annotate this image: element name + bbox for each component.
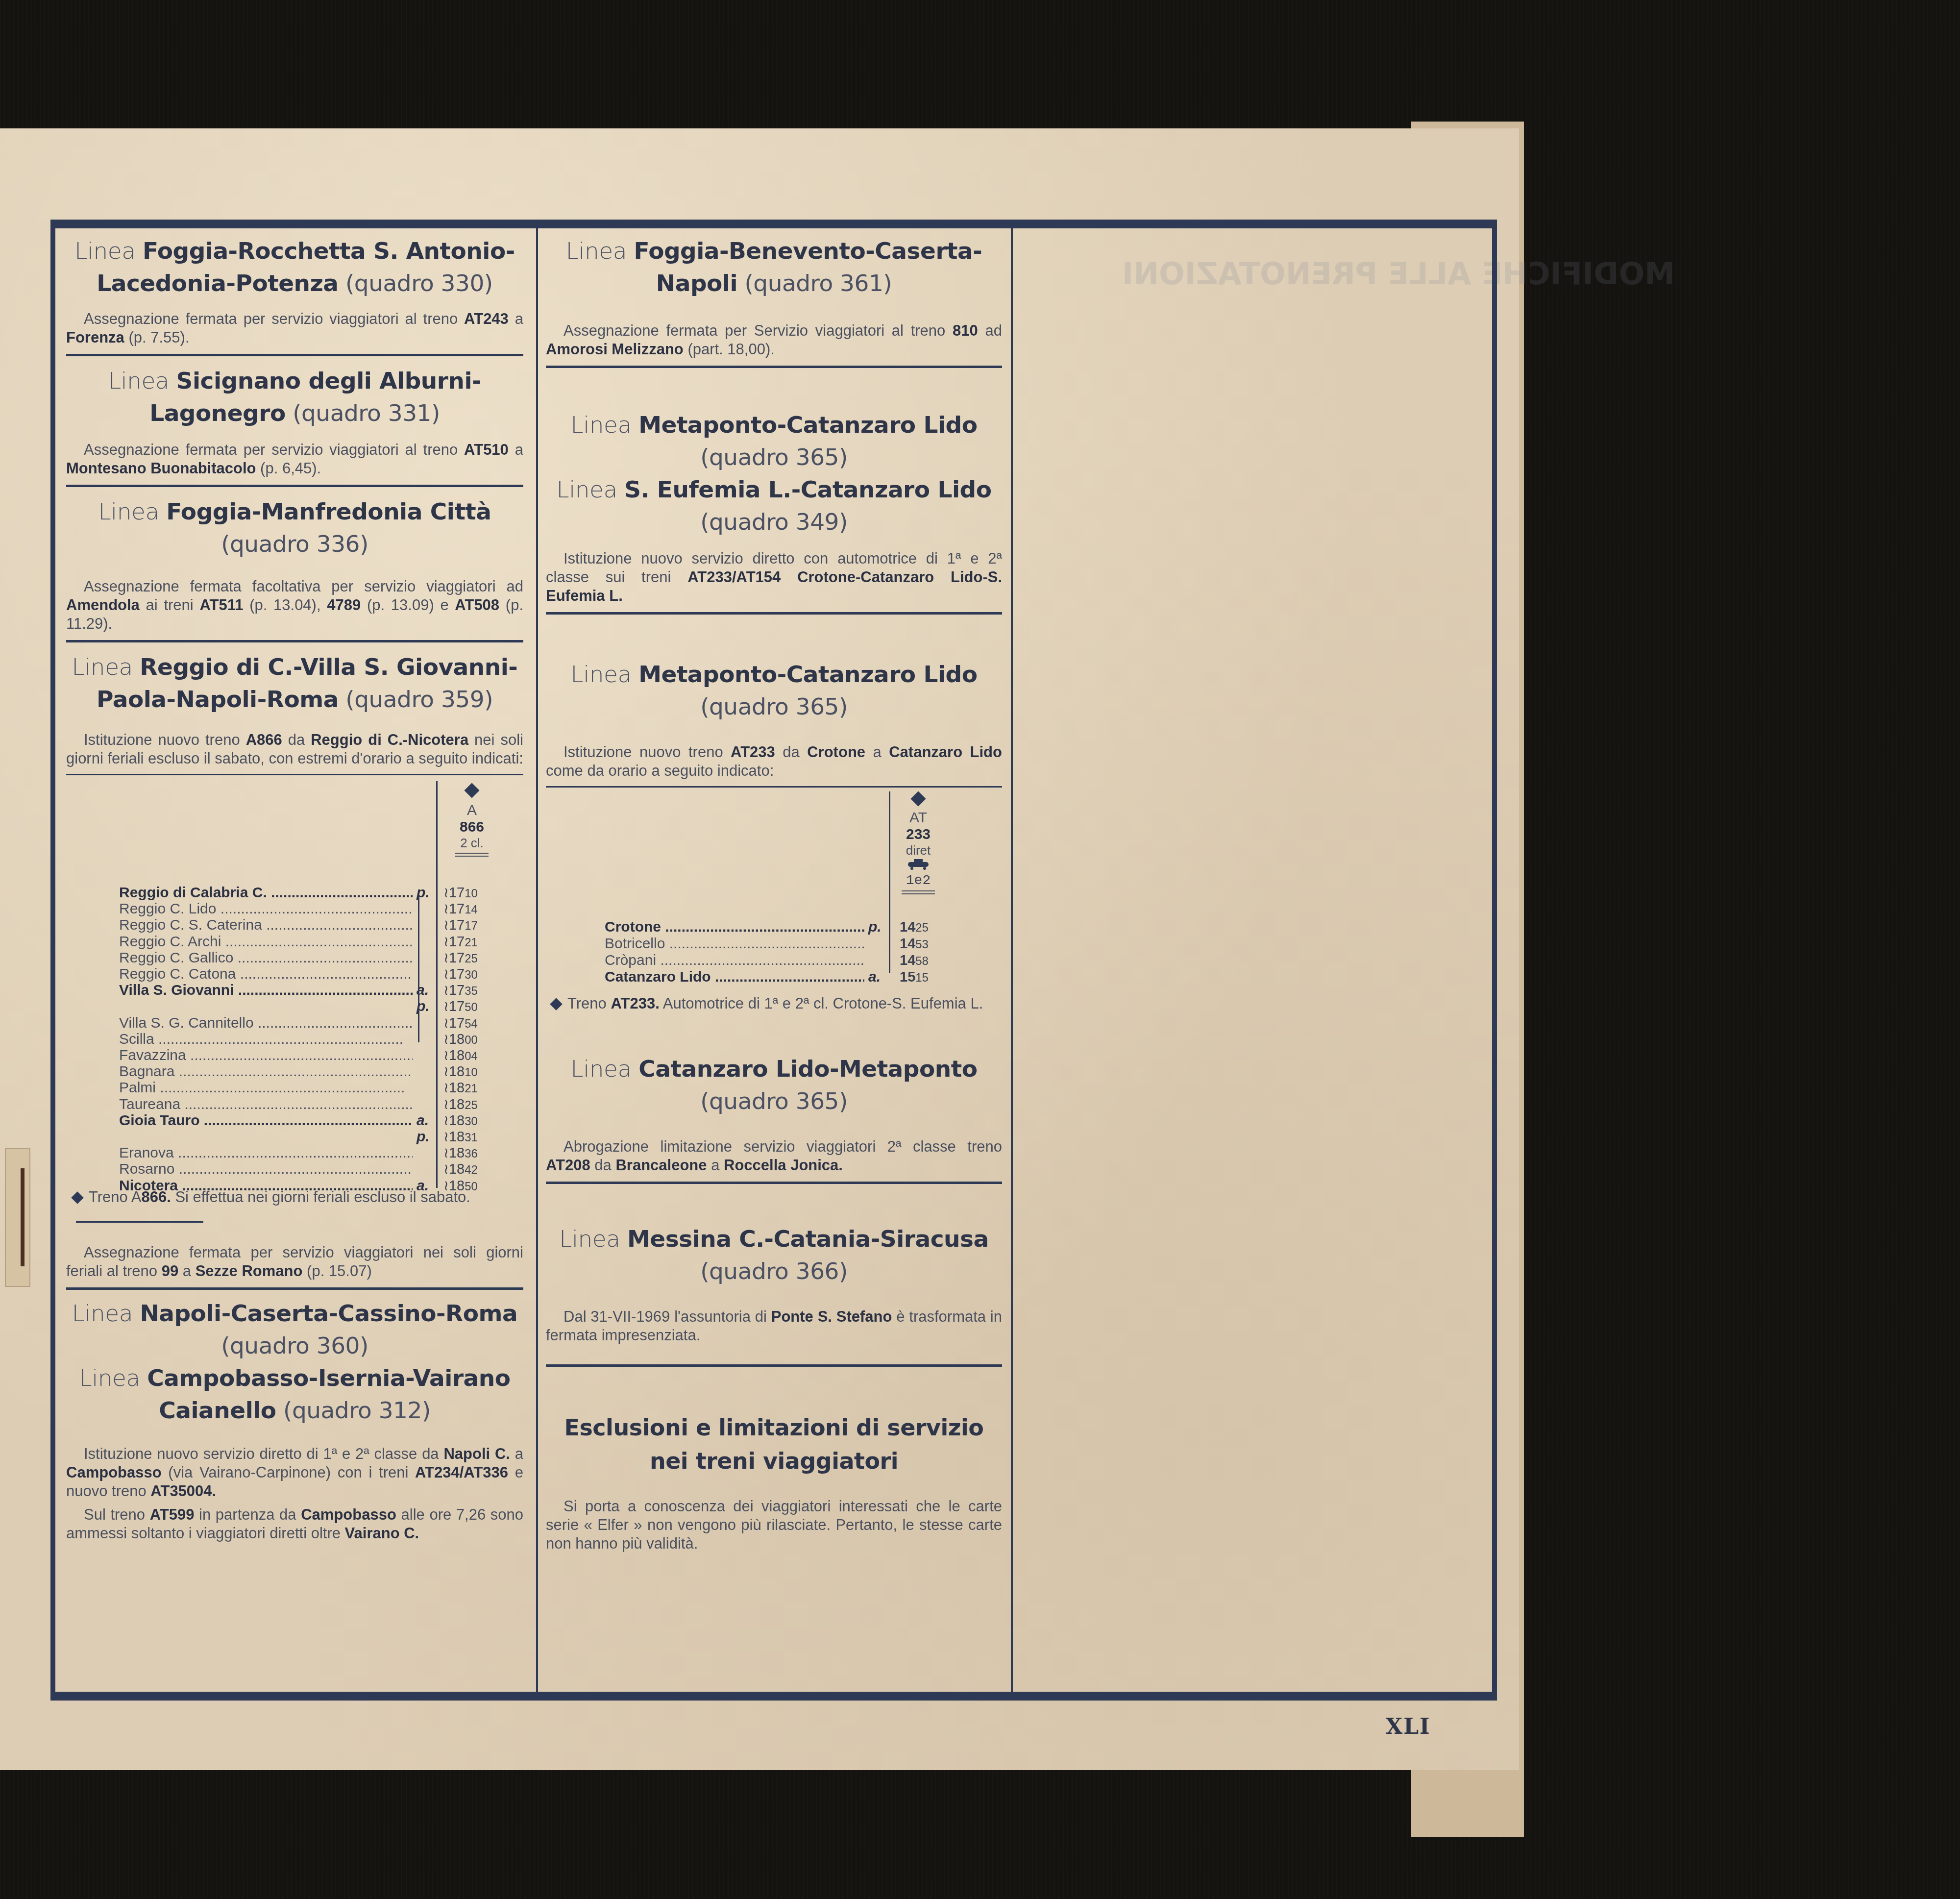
timetable-time: ≀1810: [443, 1064, 478, 1080]
section-napoli-roma-campobasso: Linea Napoli-Caserta-Cassino-Roma (quadr…: [66, 1290, 523, 1543]
section-catanzaro-metaponto: Linea Catanzaro Lido-Metaponto (quadro 3…: [546, 1047, 1002, 1184]
timetable-time: ≀1836: [443, 1146, 478, 1161]
timetable-time: ≀1714: [443, 902, 478, 917]
timetable-station: Eranova ................................…: [119, 1146, 413, 1160]
timetable-time: ≀1750: [443, 999, 478, 1015]
page-number: XLI: [1386, 1714, 1431, 1739]
section-body: Istituzione nuovo treno AT233 da Crotone…: [546, 743, 1002, 780]
section-body: Istituzione nuovo treno A866 da Reggio d…: [66, 731, 523, 768]
section-title: Linea Foggia-Manfredonia Città (quadro 3…: [66, 496, 523, 561]
timetable-time: 1458: [900, 953, 929, 969]
section-body: Assegnazione fermata facoltativa per ser…: [66, 577, 523, 633]
train-class: 1e2: [899, 873, 938, 888]
train-number: 866: [452, 819, 491, 836]
line-name: Foggia-Rocchetta S. Antonio-: [143, 238, 515, 265]
train-class: 2 cl.: [452, 836, 491, 851]
short-divider: [76, 1221, 203, 1223]
timetable-station: Reggio di Calabria C. ..................…: [119, 886, 413, 900]
arrival-departure-flag: a.: [416, 1113, 429, 1128]
section-title: Linea Metaponto-Catanzaro Lido (quadro 3…: [546, 409, 1002, 539]
timetable-time: ≀1804: [443, 1048, 478, 1064]
timetable-time: ≀1735: [443, 983, 478, 999]
train-category: AT: [899, 810, 938, 826]
timetable-column-divider: [436, 781, 438, 1188]
section-body: Si porta a conoscenza dei viaggiatori in…: [546, 1497, 1002, 1553]
section-title: Linea Catanzaro Lido-Metaponto (quadro 3…: [546, 1053, 1002, 1118]
timetable-time: ≀1710: [443, 886, 478, 901]
section-title: Linea Sicignano degli Alburni- Lagonegro…: [66, 365, 523, 430]
timetable-station: Reggio C. Catona .......................…: [119, 967, 413, 982]
arrival-departure-flag: p.: [416, 1130, 430, 1144]
section-body: Istituzione nuovo servizio diretto di 1ª…: [66, 1445, 523, 1501]
section-metaponto-eufemia: Linea Metaponto-Catanzaro Lido (quadro 3…: [546, 368, 1002, 615]
section-body: Sul treno AT599 in partenza da Campobass…: [66, 1505, 523, 1543]
timetable-time: 1515: [900, 970, 929, 986]
section-body: Istituzione nuovo servizio diretto con a…: [546, 549, 1002, 605]
section-body: Abrogazione limitazione servizio viaggia…: [546, 1137, 1002, 1175]
timetable-time: ≀1830: [443, 1113, 478, 1129]
line-name: Lacedonia-Potenza: [97, 270, 338, 297]
section-title: Linea Reggio di C.-Villa S. Giovanni- Pa…: [66, 651, 523, 716]
railcar-icon: [907, 858, 930, 871]
timetable-time: 1425: [900, 920, 929, 936]
section-foggia-potenza: Linea Foggia-Rocchetta S. Antonio- Laced…: [66, 228, 523, 356]
timetable-station: Favazzina ..............................…: [119, 1048, 413, 1063]
timetable-station: Villa S. Giovanni ......................…: [119, 983, 413, 998]
timetable-station: Scilla .................................…: [119, 1032, 413, 1047]
timetable-time: ≀1725: [443, 951, 478, 966]
train-header: A 866 2 cl.: [452, 785, 491, 857]
timetable-station: Cròpani ................................…: [605, 953, 864, 968]
section-messina-siracusa: Linea Messina C.-Catania-Siracusa (quadr…: [546, 1184, 1002, 1367]
section-body: Assegnazione fermata per servizio viaggi…: [66, 441, 523, 478]
timetable-time: ≀1800: [443, 1032, 478, 1048]
timetable-station: Reggio C. Archi ........................…: [119, 935, 413, 949]
timetable-time: ≀1717: [443, 918, 478, 934]
section-body: Dal 31-VII-1969 l'assuntoria di Ponte S.…: [546, 1307, 1002, 1345]
section-metaponto-catanzaro: Linea Metaponto-Catanzaro Lido (quadro 3…: [546, 615, 1002, 788]
header-double-rule: [902, 890, 935, 894]
section-title: Linea Napoli-Caserta-Cassino-Roma (quadr…: [66, 1298, 523, 1427]
header-double-rule: [455, 853, 489, 857]
linea-label: Linea: [74, 238, 135, 265]
timetable-time: ≀1754: [443, 1016, 478, 1032]
arrival-departure-flag: p.: [868, 920, 882, 935]
timetable-station: Crotone ................................…: [605, 920, 864, 935]
section-foggia-manfredonia: Linea Foggia-Manfredonia Città (quadro 3…: [66, 487, 523, 642]
diamond-icon: [910, 791, 926, 806]
section-title: Linea Metaponto-Catanzaro Lido (quadro 3…: [546, 659, 1002, 723]
timetable-station: Gioia Tauro ............................…: [119, 1113, 413, 1128]
timetable-at233: AT 233 diret 1e2 Crotone ...............…: [546, 788, 1002, 1047]
section-title: Linea Foggia-Rocchetta S. Antonio- Laced…: [66, 235, 523, 300]
column-right-blank: [1011, 228, 1492, 1692]
timetable-station: Villa S. G. Cannitello .................…: [119, 1016, 413, 1031]
timetable-time: 1453: [900, 937, 929, 952]
timetable-station: Bagnara ................................…: [119, 1064, 413, 1079]
timetable-station: Taureana ...............................…: [119, 1097, 413, 1112]
timetable-station: Reggio C. S. Caterina ..................…: [119, 918, 413, 933]
section-title: Esclusioni e limitazioni di servizio nei…: [546, 1411, 1002, 1478]
timetable-time: ≀1730: [443, 967, 478, 983]
timetable-column-divider: [889, 791, 890, 973]
note-sezze-romano: Assegnazione fermata per servizio viaggi…: [66, 1243, 523, 1281]
section-body: Assegnazione fermata per Servizio viaggi…: [546, 321, 1002, 359]
timetable-time: ≀1721: [443, 935, 478, 950]
diamond-icon: [550, 998, 562, 1010]
timetable-station: Catanzaro Lido .........................…: [605, 970, 864, 985]
quadro-ref: (quadro 330): [345, 270, 493, 297]
section-reggio-roma: Linea Reggio di C.-Villa S. Giovanni- Pa…: [66, 642, 523, 775]
timetable-station: Botricello .............................…: [605, 937, 864, 951]
direction-arrow-line: [418, 895, 419, 1042]
timetable-time: ≀1825: [443, 1097, 478, 1113]
timetable-time: ≀1821: [443, 1081, 478, 1096]
timetable-time: ≀1842: [443, 1162, 478, 1178]
timetable-time: ≀1831: [443, 1130, 478, 1145]
binding-staple: [5, 1148, 30, 1287]
section-title: Linea Messina C.-Catania-Siracusa (quadr…: [546, 1223, 1002, 1288]
section-esclusioni: Esclusioni e limitazioni di servizio nei…: [546, 1367, 1002, 1553]
section-foggia-napoli: Linea Foggia-Benevento-Caserta- Napoli (…: [546, 228, 1002, 368]
train-number: 233: [899, 826, 938, 843]
section-body: Assegnazione fermata per servizio viaggi…: [66, 310, 523, 347]
section-title: Linea Foggia-Benevento-Caserta- Napoli (…: [546, 235, 1002, 300]
train-header: AT 233 diret 1e2: [899, 793, 938, 894]
timetable-station: Rosarno ................................…: [119, 1162, 413, 1177]
timetable-station: Palmi ..................................…: [119, 1081, 413, 1095]
diamond-icon: [71, 1191, 83, 1204]
column-left: Linea Foggia-Rocchetta S. Antonio- Laced…: [55, 228, 534, 1692]
timetable-a866: A 866 2 cl. Reggio di Calabria C. ......…: [66, 775, 523, 1202]
section-sicignano-lagonegro: Linea Sicignano degli Alburni- Lagonegro…: [66, 356, 523, 487]
timetable-note: Treno A866. Si effettua nei giorni feria…: [66, 1188, 523, 1207]
arrival-departure-flag: a.: [868, 970, 881, 985]
timetable-station: Reggio C. Gallico ......................…: [119, 951, 413, 965]
column-middle: Linea Foggia-Benevento-Caserta- Napoli (…: [536, 228, 1011, 1692]
diamond-icon: [464, 783, 479, 798]
train-type: diret: [899, 843, 938, 858]
timetable-station: Reggio C. Lido .........................…: [119, 902, 413, 916]
train-category: A: [452, 802, 491, 819]
timetable-note: Treno AT233. Automotrice di 1ª e 2ª cl. …: [546, 994, 1004, 1013]
